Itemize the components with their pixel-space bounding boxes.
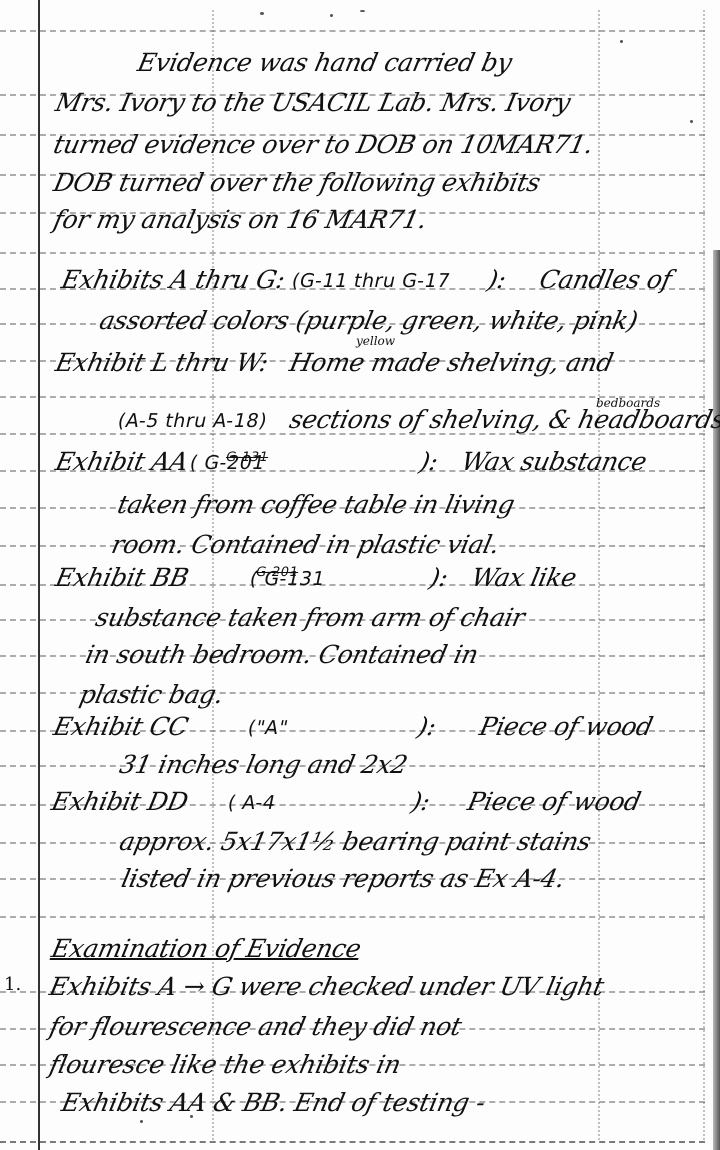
grid-column-line (703, 10, 705, 1140)
exhibit-desc: 31 inches long and 2x2 (117, 750, 410, 779)
exhibit-ref-close: ): (427, 563, 451, 592)
intro-line: Mrs. Ivory to the USACIL Lab. Mrs. Ivory (53, 88, 573, 117)
exhibit-label: Exhibit CC (51, 712, 191, 741)
exhibit-desc: taken from coffee table in living (115, 490, 517, 519)
exhibit-ref-close: ): (409, 787, 433, 816)
exhibit-desc: in south bedroom. Contained in (83, 640, 481, 669)
exhibit-desc: Candles of (537, 265, 674, 294)
scan-speckle (620, 40, 623, 43)
exhibit-ref: ("A" (246, 717, 291, 739)
exam-line: flouresce like the exhibits in (47, 1050, 404, 1079)
scan-speckle (360, 10, 365, 12)
exhibit-label: Exhibits A thru G: (59, 265, 288, 294)
exhibit-label: Exhibit L thru W: (53, 348, 271, 377)
exhibit-ref: (A-5 thru A-18) (116, 410, 270, 432)
exam-line: Exhibits A → G were checked under UV lig… (47, 972, 606, 1001)
scan-speckle (260, 12, 264, 15)
section-heading: Examination of Evidence (49, 934, 364, 963)
intro-line: Evidence was hand carried by (135, 48, 515, 77)
exhibit-desc: Piece of wood (477, 712, 655, 741)
grid-column-line (598, 10, 600, 1140)
exhibit-label: Exhibit DD (49, 787, 191, 816)
scan-speckle (190, 1115, 193, 1118)
bottom-ruled-line (0, 1141, 705, 1143)
exhibit-ref: ( A-4 (226, 792, 278, 814)
exhibit-desc: Home made shelving, and (287, 348, 616, 377)
exhibit-ref: ( G-201 (188, 452, 267, 474)
exam-line: Exhibits AA & BB. End of testing - (59, 1088, 488, 1117)
item-number: 1. (4, 974, 21, 995)
exhibit-desc: Wax like (469, 563, 579, 592)
exhibit-desc: Piece of wood (465, 787, 643, 816)
exhibit-label: Exhibit AA (53, 447, 191, 476)
scan-speckle (330, 14, 333, 17)
exhibit-desc: Wax substance (459, 447, 649, 476)
insert-note: bedboards (596, 396, 660, 410)
exam-line: for flourescence and they did not (47, 1012, 464, 1041)
exhibit-desc: assorted colors (purple, green, white, p… (97, 306, 640, 335)
intro-line: for my analysis on 16 MAR71. (51, 205, 429, 234)
exhibit-desc: listed in previous reports as Ex A-4. (119, 864, 567, 893)
intro-line: turned evidence over to DOB on 10MAR71. (51, 130, 596, 159)
exhibit-desc: plastic bag. (77, 680, 226, 709)
exhibit-ref-close: ): (415, 712, 439, 741)
exhibit-label: Exhibit BB (53, 563, 191, 592)
intro-line: DOB turned over the following exhibits (51, 168, 543, 197)
exhibit-desc: approx. 5x17x1½ bearing paint stains (117, 827, 594, 856)
scan-speckle (140, 1120, 143, 1123)
exhibit-desc: room. Contained in plastic vial. (109, 530, 502, 559)
left-margin-rule (38, 0, 40, 1150)
exhibit-ref: ( G-131 (248, 568, 327, 590)
exhibit-desc: substance taken from arm of chair (93, 603, 527, 632)
exhibit-ref: (G-11 thru G-17 (290, 270, 453, 292)
scan-speckle (690, 120, 693, 123)
notebook-page: Evidence was hand carried by Mrs. Ivory … (0, 0, 720, 1150)
page-edge-shadow (713, 250, 720, 1150)
insert-note: yellow (356, 334, 395, 348)
